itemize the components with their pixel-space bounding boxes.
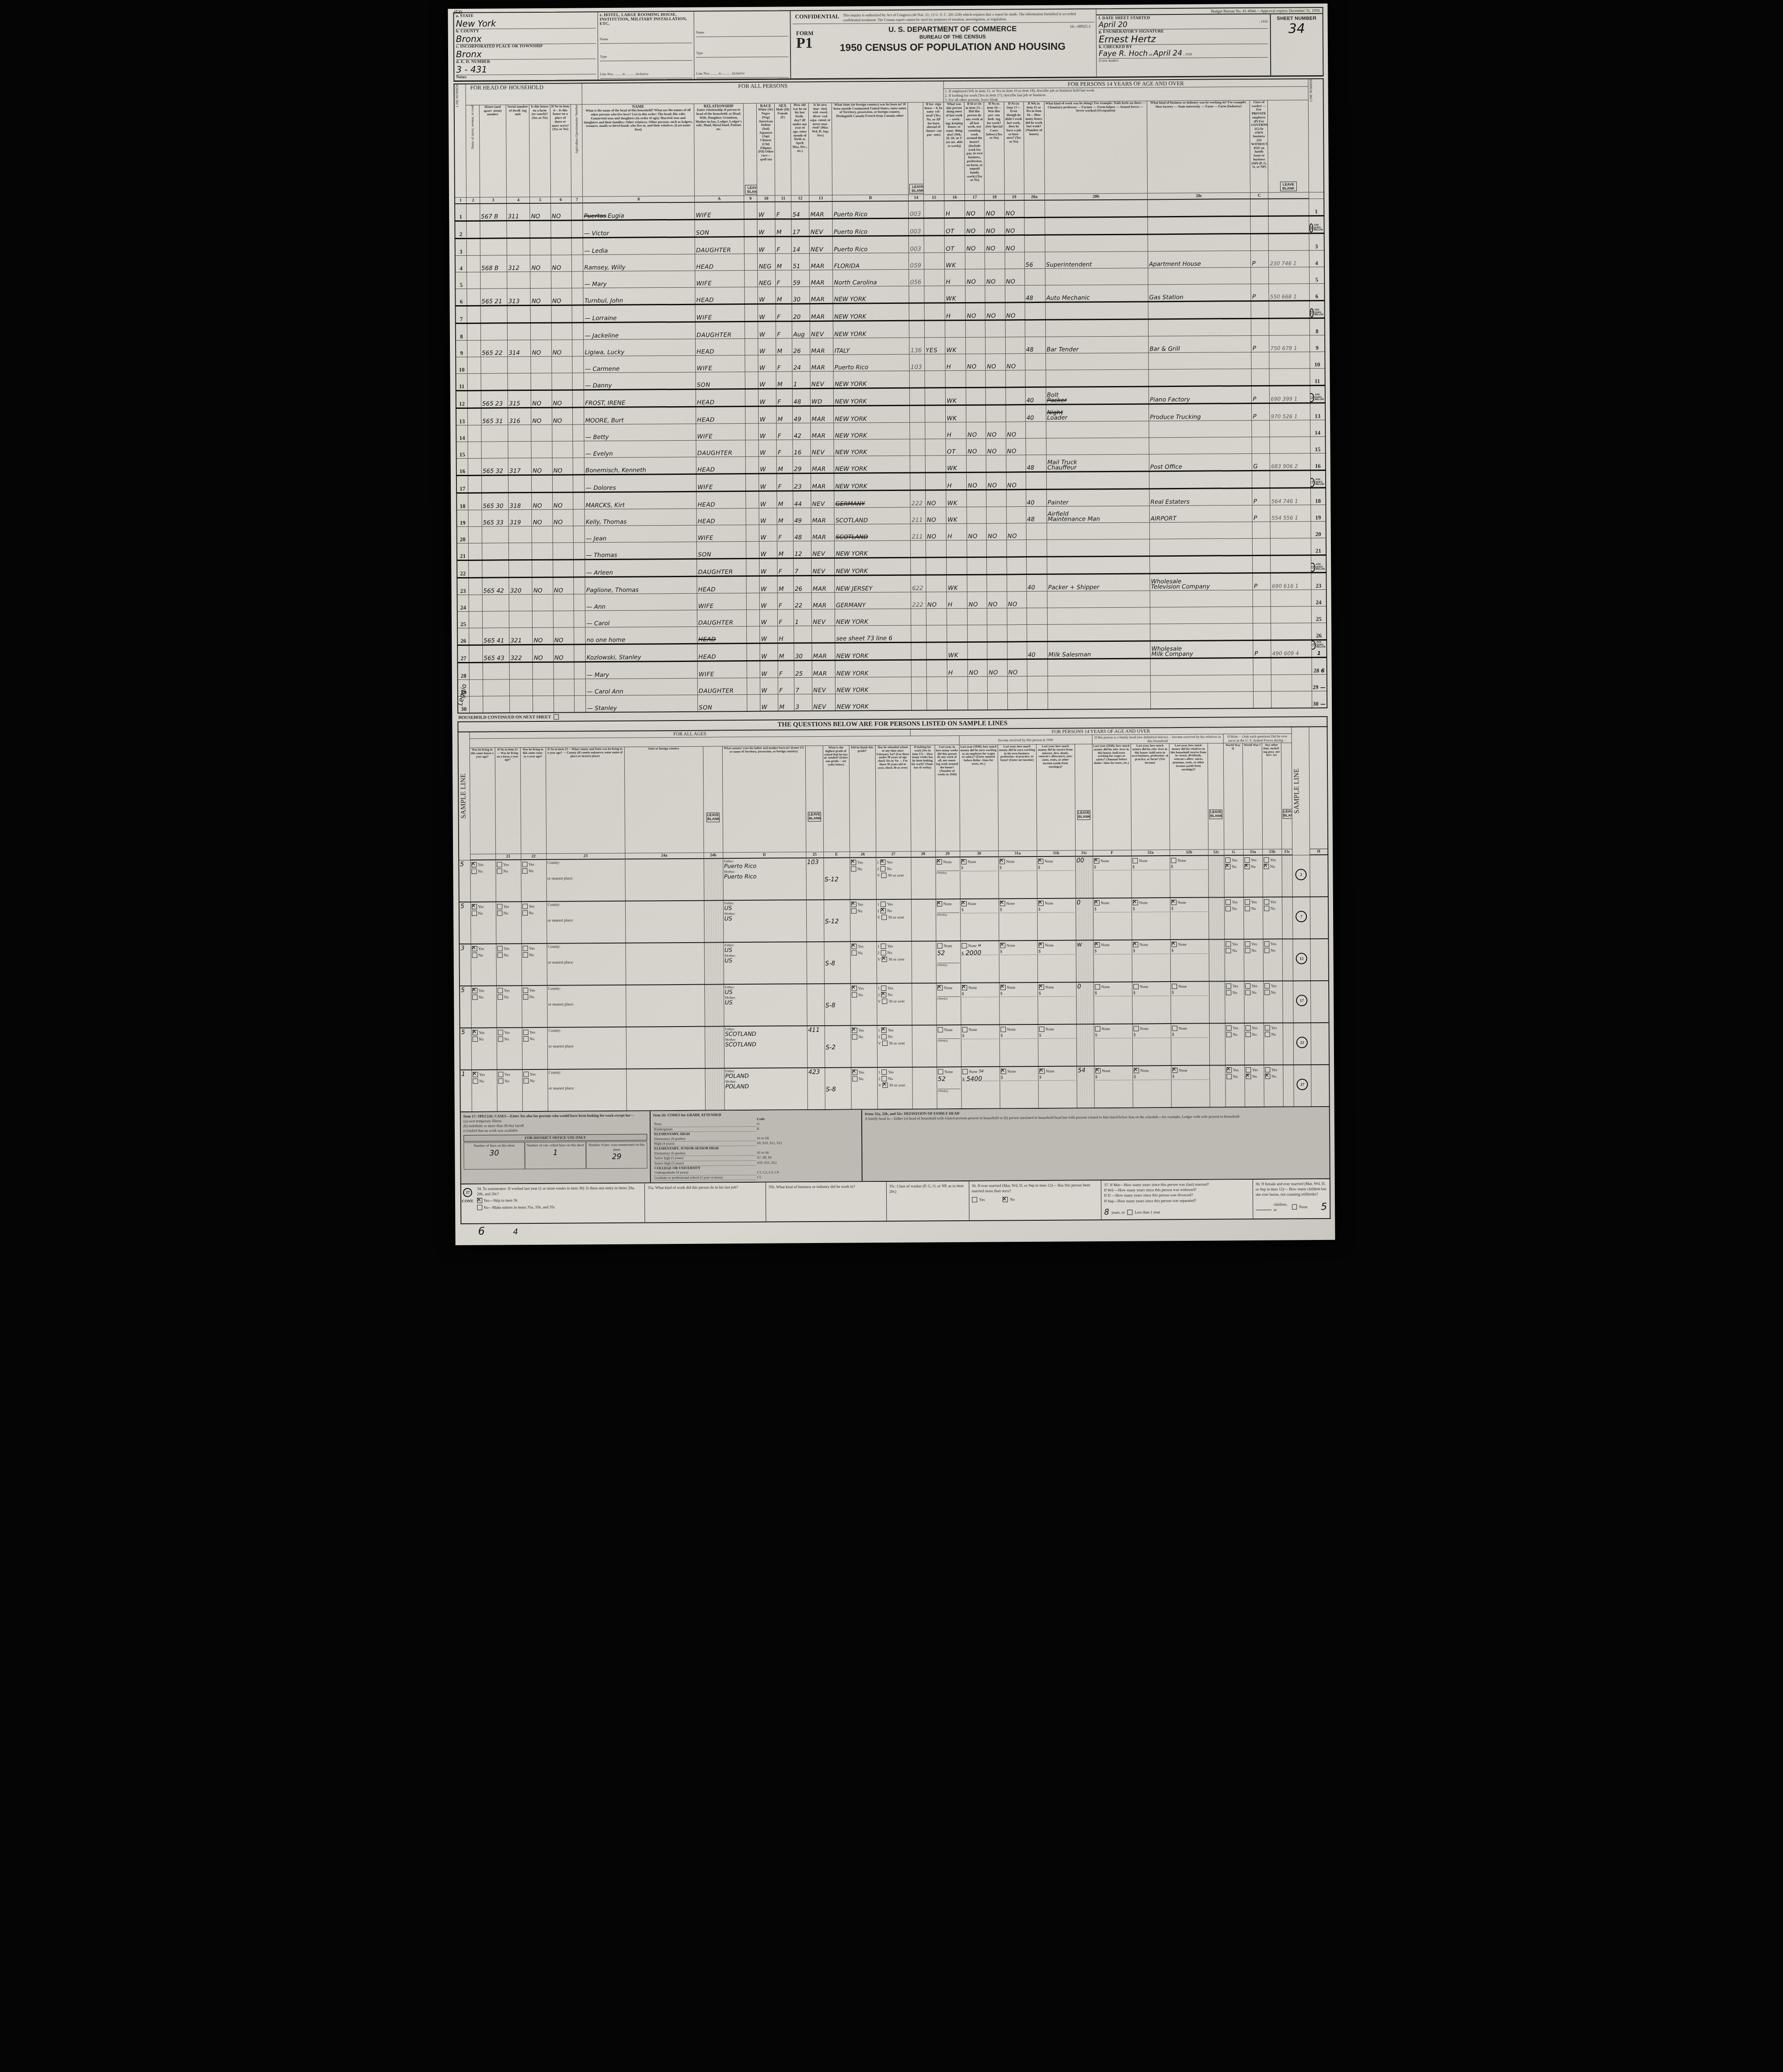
q23-17-yes[interactable] <box>523 988 528 993</box>
bottom-margin-annotation-2: 4 <box>513 1227 518 1236</box>
q33b-17-no[interactable] <box>1245 990 1250 995</box>
col-header-13: What State (or foreign country) was he b… <box>832 102 909 195</box>
q28-over-17[interactable] <box>882 999 887 1004</box>
sample-line-left: SAMPLE LINE <box>458 732 470 860</box>
q21-2-yes[interactable] <box>471 862 477 867</box>
i32a-27[interactable] <box>1095 1068 1100 1073</box>
line-number-header-right: LINE NUMBER <box>1308 79 1324 192</box>
q33c-2-no[interactable] <box>1264 864 1269 869</box>
q33a-2-no[interactable] <box>1225 864 1230 869</box>
q33b-7-yes[interactable] <box>1244 899 1250 905</box>
q27-17-no[interactable] <box>852 992 857 998</box>
i31a-2[interactable] <box>961 859 966 864</box>
q23-7-no[interactable] <box>522 910 527 916</box>
q33a-12-no[interactable] <box>1226 948 1231 953</box>
q28-no-7[interactable] <box>881 908 886 913</box>
q33b-22-yes[interactable] <box>1245 1025 1250 1031</box>
sample-col-21: Was he living in this same house a year … <box>470 748 495 854</box>
special-cases-box: Item 17: SPECIAL CASES—Enter Yes also fo… <box>461 1111 651 1184</box>
q22-17-no[interactable] <box>498 994 503 999</box>
i32c-12[interactable] <box>1171 942 1177 947</box>
col-header-5: If No in item 4— Is this house on a plac… <box>550 104 571 197</box>
i31c-22[interactable] <box>1039 1027 1044 1032</box>
item-35c-box: 35c. Class of worker (P, G, O, or NP, as… <box>887 1181 969 1221</box>
sample-col-24b: State or foreign country <box>624 746 703 853</box>
hotel-linenos-1[interactable]: Line Nos. ........ to ........ , inclusi… <box>600 71 692 79</box>
grade-codes-box: Item 26: CODES for GRADE ATTENDED CodeNo… <box>651 1110 863 1182</box>
q28-no-27[interactable] <box>881 1076 887 1081</box>
sample-col-32b: Last year, how much money did his rela- … <box>1131 744 1170 850</box>
sample-col-32c: Last year, how much money did his relati… <box>1169 743 1208 850</box>
w30-12[interactable] <box>937 943 942 948</box>
col-header-10: SEXMale (M) Female (F) <box>775 103 791 195</box>
i32b-17[interactable] <box>1133 984 1139 989</box>
item38-children-value[interactable] <box>1256 1205 1271 1210</box>
q22-12-yes[interactable] <box>497 946 502 951</box>
sample-row-22: 5YesNoYesNoYesNoCounty:or nearest place:… <box>460 1023 1330 1070</box>
item36-yes-checkbox[interactable] <box>972 1197 977 1202</box>
q33c-22-yes[interactable] <box>1264 1025 1270 1031</box>
col-header-20b: What kind of business or industry was he… <box>1147 100 1250 193</box>
q33a-2-yes[interactable] <box>1225 857 1230 863</box>
q21-7-yes[interactable] <box>471 904 477 909</box>
i32a-17[interactable] <box>1095 984 1100 989</box>
sample-col-27: Did he finish this grade? <box>849 745 876 852</box>
q21-27-yes[interactable] <box>473 1072 478 1077</box>
item-35a-box: 35a. What kind of work did this person d… <box>645 1183 766 1222</box>
family-head-box: Items 32a, 32b, and 32c: DEFINITION OF F… <box>862 1107 1330 1181</box>
sample-row-7: 5YesNoYesNoYesNoCounty:or nearest place:… <box>459 897 1329 944</box>
confidential-text: This inquiry is authorized by Act of Con… <box>843 11 1092 22</box>
hotel-linenos-2[interactable]: Line Nos. ........ to ........ , inclusi… <box>696 70 788 78</box>
crew-leader-caption: (Crew leader) <box>1099 58 1268 63</box>
col-header-19: If Wk in item 15 or Yes in item 16— How … <box>1024 101 1045 194</box>
sample-col-31c: Last year, how much money did he receive… <box>1036 744 1075 851</box>
q28-yes-2[interactable] <box>880 860 885 865</box>
i31c-17[interactable] <box>1039 985 1044 990</box>
col-header-2: House (and apart- ment) number <box>479 105 507 197</box>
q28-yes-27[interactable] <box>881 1069 887 1075</box>
group-family-head: If this person is a family head (see def… <box>1092 734 1223 744</box>
hotel-type-line-2[interactable]: Type <box>696 50 788 57</box>
sample-col-D: LEAVE BLANK <box>703 746 723 853</box>
q23-12-no[interactable] <box>522 952 528 958</box>
col-header-9: RACEWhite (W) Negro (Neg) American India… <box>757 103 775 195</box>
q27-2-yes[interactable] <box>851 860 856 865</box>
i32c-17[interactable] <box>1172 984 1177 989</box>
hotel-title: e. HOTEL, LARGE ROOMING HOUSE, INSTITUTI… <box>599 13 692 26</box>
q27-12-yes[interactable] <box>851 944 857 949</box>
q23-12-yes[interactable] <box>522 946 528 951</box>
i31b-12[interactable] <box>1000 943 1005 948</box>
q22-12-no[interactable] <box>497 952 502 958</box>
q23-2-no[interactable] <box>522 868 527 874</box>
q22-7-yes[interactable] <box>497 904 502 909</box>
sample-col-24a: If No in item 23— What county and State … <box>546 747 625 853</box>
district-count-2: Number of per- sons enumerated on this s… <box>586 1142 647 1169</box>
w30-2[interactable] <box>937 859 942 864</box>
q23-2-yes[interactable] <box>522 862 527 867</box>
q33a-7-no[interactable] <box>1226 906 1231 911</box>
q28-yes-22[interactable] <box>881 1027 887 1033</box>
q33a-12-yes[interactable] <box>1226 941 1231 947</box>
col-header-20a: What kind of work was he doing? For exam… <box>1044 101 1148 194</box>
sample-col-23: Was he living in this same coun- ty a ye… <box>520 747 546 853</box>
county-value[interactable]: Bronx <box>456 34 482 44</box>
bureau-title: BUREAU OF THE CENSUS <box>836 33 1070 41</box>
q27-27-no[interactable] <box>852 1076 857 1081</box>
q33c-7-no[interactable] <box>1264 906 1269 911</box>
banner-all-persons: FOR ALL PERSONS <box>582 81 944 104</box>
scanned-photo: (52) Leggio a. STATE New York b. COUNTY … <box>446 0 1337 1269</box>
doc-number: 16—89925-1 <box>1070 24 1091 28</box>
sample-col-28: Has he attended school at any time since… <box>875 745 911 851</box>
district-office-title: FOR DISTRICT OFFICE USE ONLY <box>463 1134 647 1142</box>
i31b-27[interactable] <box>1001 1069 1006 1074</box>
col-header-11: How old was he on his last birth- day? (… <box>791 103 809 195</box>
col-header-1: Name of street, avenue, or road <box>466 105 480 197</box>
q28-yes-7[interactable] <box>881 902 886 907</box>
i31a-12[interactable] <box>961 943 967 948</box>
q33b-2-yes[interactable] <box>1244 857 1250 863</box>
sample-row-17: 5YesNoYesNoYesNoCounty:or nearest place:… <box>460 981 1329 1028</box>
q33a-22-no[interactable] <box>1226 1032 1231 1037</box>
w30-7[interactable] <box>937 901 942 906</box>
q33c-17-yes[interactable] <box>1264 983 1270 989</box>
q33c-7-yes[interactable] <box>1264 899 1269 905</box>
sample-col-22: If No in item 21— Was he living on a far… <box>495 748 521 854</box>
bottom-margin-annotation-1: 6 <box>478 1225 484 1237</box>
q33b-27-yes[interactable] <box>1246 1067 1251 1073</box>
q33b-12-yes[interactable] <box>1245 941 1250 947</box>
col-header-4: Is this house on a farm (or ranch)? (Yes… <box>529 104 550 197</box>
item36-no-checkbox[interactable] <box>1003 1197 1008 1202</box>
i31a-27[interactable] <box>962 1069 968 1074</box>
sample-col-26: What is the highest grade of school that… <box>823 745 850 852</box>
q33b-17-yes[interactable] <box>1245 983 1250 989</box>
i32a-22[interactable] <box>1095 1026 1100 1031</box>
household-continued-checkbox[interactable] <box>554 714 559 720</box>
w30-22[interactable] <box>937 1027 943 1032</box>
q27-12-no[interactable] <box>851 951 857 956</box>
q33b-27-no[interactable] <box>1246 1074 1251 1079</box>
sheet-number-value[interactable]: 34 <box>1273 21 1321 37</box>
q22-17-yes[interactable] <box>498 988 503 993</box>
sample-col-G: LEAVE BLANK <box>1208 743 1224 850</box>
title-block: CONFIDENTIAL This inquiry is authorized … <box>791 9 1097 78</box>
ed-value[interactable]: 3 - 431 <box>456 64 487 75</box>
q22-22-no[interactable] <box>498 1036 503 1041</box>
hotel-block: e. HOTEL, LARGE ROOMING HOUSE, INSTITUTI… <box>598 11 791 80</box>
sample-col-25: What country were his father and mother … <box>722 746 806 853</box>
q33c-2-yes[interactable] <box>1264 857 1269 863</box>
col-header-14: If for- eign born— Is he natu- ral- ized… <box>923 102 944 195</box>
i31c-12[interactable] <box>1038 943 1044 948</box>
hotel-col-2: Name Type Line Nos. ........ to ........… <box>694 11 791 79</box>
q27-17-yes[interactable] <box>852 986 857 991</box>
sample-line-right: SAMPLE LINE <box>1292 727 1310 855</box>
q27-22-no[interactable] <box>852 1034 857 1039</box>
col-header-16: If H or Ot in item 15— Did this person d… <box>965 102 985 194</box>
sample-col-F: LEAVE BLANK <box>1075 744 1093 850</box>
q27-7-no[interactable] <box>851 909 856 914</box>
q33a-27-no[interactable] <box>1226 1074 1232 1079</box>
q33c-22-no[interactable] <box>1264 1032 1270 1037</box>
i31b-2[interactable] <box>999 859 1005 864</box>
q21-17-no[interactable] <box>472 995 477 1000</box>
col-header-12: Is he now mar- ried, wid- owed, divor- c… <box>808 103 832 195</box>
q28-over-2[interactable] <box>881 873 886 878</box>
q21-22-no[interactable] <box>472 1037 477 1042</box>
q27-2-no[interactable] <box>851 867 856 872</box>
confidential-label: CONFIDENTIAL <box>795 13 839 23</box>
census-title: 1950 CENSUS OF POPULATION AND HOUSING <box>836 41 1070 54</box>
footer-gray-band: Item 17: SPECIAL CASES—Enter Yes also fo… <box>460 1107 1330 1184</box>
district-office-counts: Number of lines on this sheet30Number of… <box>463 1142 647 1170</box>
col-header-7: NAMEWhat is the name of the head of this… <box>582 104 694 197</box>
q28-no-22[interactable] <box>881 1034 887 1039</box>
item-37-box: 37. If Mar—How many years since this per… <box>1101 1180 1253 1219</box>
q33a-7-yes[interactable] <box>1225 899 1230 905</box>
item34-yes-checkbox[interactable] <box>477 1198 482 1203</box>
q22-7-no[interactable] <box>497 910 502 916</box>
q28-yes-12[interactable] <box>881 944 886 949</box>
hotel-col-1: e. HOTEL, LARGE ROOMING HOUSE, INSTITUTI… <box>598 12 694 80</box>
sample-row-27: 1YesNoYesNoYesNoCounty:or nearest place:… <box>460 1065 1330 1112</box>
cont-label: 27 CONT. <box>461 1184 474 1223</box>
item-36-box: 36. If ever married (Mar, Wd, D, or Sep … <box>969 1181 1101 1220</box>
sample-col-31a: Last year (1949), how much money did he … <box>959 745 998 851</box>
q21-22-yes[interactable] <box>472 1030 477 1035</box>
q27-22-yes[interactable] <box>852 1027 857 1033</box>
q22-22-yes[interactable] <box>498 1030 503 1035</box>
q33c-27-yes[interactable] <box>1265 1067 1270 1073</box>
form-header: a. STATE New York b. COUNTY Bronx c. INC… <box>453 7 1323 82</box>
group-income: Income received by this person in 1949 <box>959 735 1092 745</box>
q21-17-yes[interactable] <box>472 988 477 993</box>
form-code: P1 <box>796 37 836 50</box>
census-sheet: (52) Leggio a. STATE New York b. COUNTY … <box>448 3 1335 1245</box>
q21-2-no[interactable] <box>471 869 477 874</box>
sample-row-12: 3YesNoYesNoYesNoCounty:or nearest place:… <box>459 939 1329 986</box>
q28-over-12[interactable] <box>882 957 887 962</box>
item37-less-checkbox[interactable] <box>1127 1209 1132 1215</box>
item-34-box: 34. To enumerator: If worked last year (… <box>474 1184 645 1223</box>
q21-12-yes[interactable] <box>472 946 477 951</box>
q33c-27-no[interactable] <box>1265 1074 1270 1079</box>
q33b-22-no[interactable] <box>1245 1032 1250 1037</box>
col-header-15: What was this person doing most of last … <box>944 102 965 194</box>
sample-col-33b: World War I <box>1243 743 1262 849</box>
sample-col-33a: World War II <box>1223 743 1243 850</box>
sample-col-33c: Any other time, includ- ing pres- ent se… <box>1262 743 1282 849</box>
i32a-7[interactable] <box>1094 900 1099 905</box>
hotel-name-line-1[interactable]: Name <box>600 36 692 44</box>
item-35b-box: 35b. What kind of business or industry d… <box>766 1182 887 1222</box>
col-header-3: Serial number of dwell- ing unit <box>506 105 530 197</box>
margin-right-annotation: 5 <box>1321 1200 1327 1213</box>
q28-over-22[interactable] <box>882 1041 888 1046</box>
item37-years-value[interactable]: 8 <box>1104 1207 1109 1218</box>
q23-22-no[interactable] <box>523 1036 528 1041</box>
q22-27-yes[interactable] <box>498 1072 503 1077</box>
i31a-17[interactable] <box>962 985 967 990</box>
i31c-2[interactable] <box>1038 859 1043 864</box>
q23-27-no[interactable] <box>523 1078 529 1083</box>
q28-no-2[interactable] <box>880 866 885 871</box>
enumerator-signature[interactable]: Ernest Hertz <box>1099 34 1156 45</box>
q27-27-yes[interactable] <box>852 1069 857 1075</box>
sample-col-H: LEAVE BLANK <box>1281 743 1292 849</box>
col-header-18: If No in item 17— Even though he didn't … <box>1004 102 1024 194</box>
i31c-27[interactable] <box>1039 1069 1045 1074</box>
checked-by-signature[interactable]: Faye R. Hoch <box>1099 49 1148 58</box>
i31a-22[interactable] <box>962 1027 967 1032</box>
date-value[interactable]: April 20 <box>1099 21 1128 29</box>
i32c-27[interactable] <box>1172 1068 1177 1073</box>
q21-27-no[interactable] <box>473 1079 478 1084</box>
sheet-number-box: SHEET NUMBER 34 <box>1271 14 1323 76</box>
i32c-2[interactable] <box>1171 858 1176 863</box>
sample-col-E: LEAVE BLANK <box>805 745 823 852</box>
q22-2-yes[interactable] <box>497 862 502 867</box>
col-header-B: LEAVE BLANK <box>908 102 924 195</box>
sample-col-30: Last year, in how many weeks did this pe… <box>935 745 960 851</box>
q33b-7-no[interactable] <box>1245 906 1250 911</box>
form-code-box: FORM P1 <box>796 30 836 50</box>
q28-no-17[interactable] <box>881 992 886 997</box>
q33c-12-yes[interactable] <box>1264 941 1269 947</box>
i32b-12[interactable] <box>1133 942 1138 947</box>
q27-7-yes[interactable] <box>851 902 856 907</box>
q33a-22-yes[interactable] <box>1226 1025 1231 1031</box>
i31a-7[interactable] <box>961 901 966 906</box>
sample-col-32a: Last year (1949), how much money did his… <box>1092 744 1131 850</box>
sample-table: SAMPLE LINEFOR ALL AGESFOR PERSONS 14 YE… <box>457 726 1330 1112</box>
state-value[interactable]: New York <box>456 18 496 29</box>
q21-12-no[interactable] <box>472 953 477 958</box>
i32c-7[interactable] <box>1171 900 1176 905</box>
q21-7-no[interactable] <box>471 911 477 916</box>
i32b-27[interactable] <box>1134 1068 1139 1073</box>
w30-27[interactable] <box>938 1069 943 1074</box>
q23-27-yes[interactable] <box>523 1072 529 1077</box>
geo-id-block: a. STATE New York b. COUNTY Bronx c. INC… <box>454 12 598 80</box>
footer-items-band: 27 CONT. 34. To enumerator: If worked la… <box>460 1179 1331 1224</box>
district-count-1: Number of can- celled lines on this shee… <box>525 1142 586 1170</box>
q28-over-27[interactable] <box>882 1083 888 1088</box>
q33b-2-no[interactable] <box>1244 864 1250 869</box>
population-table: LINE NUMBERFOR HEAD OF HOUSEHOLDFOR ALL … <box>453 78 1327 714</box>
col-header-8: RELATIONSHIPEnter relationship of person… <box>694 104 744 196</box>
i32a-12[interactable] <box>1094 942 1100 947</box>
col-header-A: LEAVE BLANK <box>743 103 757 195</box>
q22-2-no[interactable] <box>497 868 502 874</box>
i31b-17[interactable] <box>1000 985 1006 990</box>
group-armed-forces: If Male— (Ask each question) Did he ever… <box>1223 734 1292 743</box>
line-number-header: LINE NUMBER <box>454 84 466 198</box>
hotel-name-line-2[interactable]: Name <box>696 29 788 37</box>
hotel-type-line-1[interactable]: Type <box>600 54 692 61</box>
banner-head-of-household: FOR HEAD OF HOUSEHOLD <box>466 83 582 105</box>
place-value[interactable]: Bronx <box>456 49 482 59</box>
district-count-0: Number of lines on this sheet30 <box>463 1142 525 1170</box>
i32c-22[interactable] <box>1172 1026 1177 1031</box>
item34-no-checkbox[interactable] <box>477 1205 482 1210</box>
q23-17-no[interactable] <box>523 994 528 999</box>
sample-row-2: 5YesNoYesNoYesNoCounty:or nearest place:… <box>459 855 1328 902</box>
q28-over-7[interactable] <box>881 915 887 920</box>
checked-date[interactable]: April 24 <box>1153 49 1182 58</box>
w30-17[interactable] <box>937 985 943 990</box>
col-header-17: If No in item 16— Was this per- son look… <box>984 102 1004 194</box>
q33c-12-no[interactable] <box>1264 948 1269 953</box>
i32b-22[interactable] <box>1133 1026 1139 1031</box>
i31b-22[interactable] <box>1000 1027 1006 1032</box>
persons14-notes: 1. If employed (Wk in item 15, or Yes in… <box>944 87 1308 102</box>
q23-22-yes[interactable] <box>523 1030 528 1035</box>
sample-col-29: If looking for work (Yes in item 17)— Ho… <box>910 745 935 851</box>
i32b-2[interactable] <box>1132 858 1138 864</box>
q22-27-no[interactable] <box>498 1078 503 1083</box>
item38-none-checkbox[interactable] <box>1292 1205 1297 1210</box>
q33a-17-yes[interactable] <box>1226 983 1231 989</box>
q33a-27-yes[interactable] <box>1226 1067 1232 1073</box>
signature-block: f. DATE SHEET STARTED April 20 , 1950 g.… <box>1097 14 1271 77</box>
q23-7-yes[interactable] <box>522 904 527 909</box>
i31b-7[interactable] <box>999 901 1005 906</box>
q33c-17-no[interactable] <box>1264 990 1270 995</box>
q28-no-12[interactable] <box>881 950 886 955</box>
col-header-C: LEAVE BLANK <box>1268 100 1309 193</box>
q28-yes-17[interactable] <box>881 986 886 991</box>
i32b-7[interactable] <box>1132 900 1138 905</box>
col-header-6: Agriculture Questionnaire Number <box>571 104 583 197</box>
q33b-12-no[interactable] <box>1245 948 1250 953</box>
i31c-7[interactable] <box>1038 901 1043 906</box>
q33a-17-no[interactable] <box>1226 990 1231 995</box>
i32a-2[interactable] <box>1094 858 1099 864</box>
item-38-box: 38. If female and ever married (Mar, Wd,… <box>1253 1179 1330 1219</box>
sample-col-31b: Last year, how much money did he earn wo… <box>998 744 1037 851</box>
notes-label: Notes <box>456 74 596 80</box>
col-header-20c: Class of worker — For PRIVATE employer (… <box>1250 100 1268 192</box>
